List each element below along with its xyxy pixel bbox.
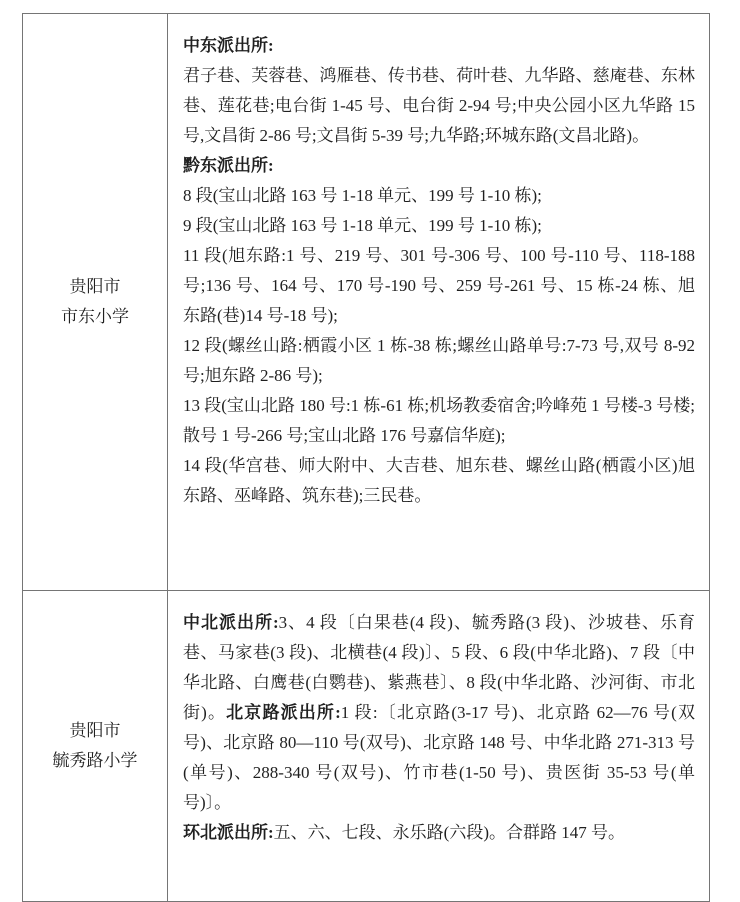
street-list-text: 五、六、七段、永乐路(六段)。合群路 147 号。 <box>274 823 625 842</box>
school-district-table: 贵阳市 市东小学 中东派出所: 君子巷、芙蓉巷、鸿雁巷、传书巷、荷叶巷、九华路、… <box>22 13 710 902</box>
police-station-label: 环北派出所: <box>183 823 274 842</box>
district-detail-cell: 中东派出所: 君子巷、芙蓉巷、鸿雁巷、传书巷、荷叶巷、九华路、慈庵巷、东林巷、莲… <box>168 14 710 591</box>
police-station-heading: 黔东派出所: <box>183 151 695 181</box>
school-cell-yuxiulu: 贵阳市 毓秀路小学 <box>23 591 168 902</box>
school-cell-shidong: 贵阳市 市东小学 <box>23 14 168 591</box>
district-paragraph: 环北派出所:五、六、七段、永乐路(六段)。合群路 147 号。 <box>183 818 695 848</box>
segment-entry: 12 段(螺丝山路:栖霞小区 1 栋-38 栋;螺丝山路单号:7-73 号,双号… <box>183 331 695 391</box>
table-row: 贵阳市 市东小学 中东派出所: 君子巷、芙蓉巷、鸿雁巷、传书巷、荷叶巷、九华路、… <box>23 14 710 591</box>
school-name-line1: 贵阳市 <box>27 272 163 302</box>
segment-entry: 11 段(旭东路:1 号、219 号、301 号-306 号、100 号-110… <box>183 241 695 331</box>
police-station-heading: 中东派出所: <box>183 31 695 61</box>
table-row: 贵阳市 毓秀路小学 中北派出所:3、4 段〔白果巷(4 段)、毓秀路(3 段)、… <box>23 591 710 902</box>
segment-entry: 14 段(华宫巷、师大附中、大吉巷、旭东巷、螺丝山路(栖霞小区)旭东路、巫峰路、… <box>183 451 695 511</box>
district-paragraph: 中北派出所:3、4 段〔白果巷(4 段)、毓秀路(3 段)、沙坡巷、乐育巷、马家… <box>183 608 695 818</box>
school-name-line2: 毓秀路小学 <box>27 746 163 776</box>
school-name-line1: 贵阳市 <box>27 716 163 746</box>
segment-entry: 13 段(宝山北路 180 号:1 栋-61 栋;机场教委宿舍;吟峰苑 1 号楼… <box>183 391 695 451</box>
police-station-label: 北京路派出所: <box>226 703 341 722</box>
segment-entry: 9 段(宝山北路 163 号 1-18 单元、199 号 1-10 栋); <box>183 211 695 241</box>
district-detail-cell: 中北派出所:3、4 段〔白果巷(4 段)、毓秀路(3 段)、沙坡巷、乐育巷、马家… <box>168 591 710 902</box>
segment-entry: 8 段(宝山北路 163 号 1-18 单元、199 号 1-10 栋); <box>183 181 695 211</box>
school-name-line2: 市东小学 <box>27 302 163 332</box>
police-station-label: 中北派出所: <box>183 613 279 632</box>
street-list-paragraph: 君子巷、芙蓉巷、鸿雁巷、传书巷、荷叶巷、九华路、慈庵巷、东林巷、莲花巷;电台街 … <box>183 61 695 151</box>
